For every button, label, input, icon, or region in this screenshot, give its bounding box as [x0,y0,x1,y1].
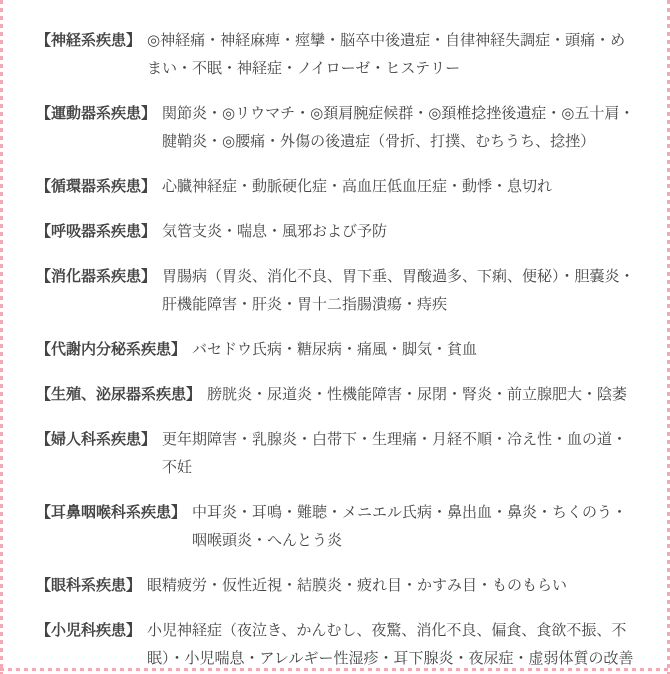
disease-list: 眼精疲労・仮性近視・結膜炎・疲れ目・かすみ目・ものもらい [147,571,636,599]
category-label: 【代謝内分秘系疾患】 [36,335,192,363]
disease-section-ent: 【耳鼻咽喉科系疾患】 中耳炎・耳鳴・難聴・メニエル氏病・鼻出血・鼻炎・ちくのう・… [36,498,636,554]
disease-section-circulatory: 【循環器系疾患】 心臓神経症・動脈硬化症・高血圧低血圧症・動悸・息切れ [36,172,636,200]
disease-list: 更年期障害・乳腺炎・白帯下・生理痛・月経不順・冷え性・血の道・不妊 [162,425,636,481]
disease-section-reproductive-urinary: 【生殖、泌尿器系疾患】 膀胱炎・尿道炎・性機能障害・尿閉・腎炎・前立腺肥大・陰萎 [36,380,636,408]
category-label: 【消化器系疾患】 [36,262,162,290]
disease-section-ophthalmology: 【眼科系疾患】 眼精疲労・仮性近視・結膜炎・疲れ目・かすみ目・ものもらい [36,571,636,599]
disease-section-gynecological: 【婦人科系疾患】 更年期障害・乳腺炎・白帯下・生理痛・月経不順・冷え性・血の道・… [36,425,636,481]
disease-section-digestive: 【消化器系疾患】 胃腸病（胃炎、消化不良、胃下垂、胃酸過多、下痢、便秘）・胆嚢炎… [36,262,636,318]
category-label: 【眼科系疾患】 [36,571,147,599]
disease-list: 関節炎・◎リウマチ・◎頚肩腕症候群・◎頚椎捻挫後遺症・◎五十肩・腱鞘炎・◎腰痛・… [162,99,636,155]
disease-list: 心臓神経症・動脈硬化症・高血圧低血圧症・動悸・息切れ [162,172,636,200]
dashed-border-left [0,0,3,674]
disease-section-musculoskeletal: 【運動器系疾患】 関節炎・◎リウマチ・◎頚肩腕症候群・◎頚椎捻挫後遺症・◎五十肩… [36,99,636,155]
category-label: 【循環器系疾患】 [36,172,162,200]
disease-list: ◎神経痛・神経麻痺・痙攣・脳卒中後遺症・自律神経失調症・頭痛・めまい・不眠・神経… [147,26,636,82]
category-label: 【婦人科系疾患】 [36,425,162,453]
category-label: 【耳鼻咽喉科系疾患】 [36,498,192,526]
category-label: 【生殖、泌尿器系疾患】 [36,380,207,408]
disease-section-metabolic-endocrine: 【代謝内分秘系疾患】 バセドウ氏病・糖尿病・痛風・脚気・貧血 [36,335,636,363]
disease-list: 気管支炎・喘息・風邪および予防 [162,217,636,245]
disease-list: 中耳炎・耳鳴・難聴・メニエル氏病・鼻出血・鼻炎・ちくのう・咽喉頭炎・へんとう炎 [192,498,636,554]
disease-section-respiratory: 【呼吸器系疾患】 気管支炎・喘息・風邪および予防 [36,217,636,245]
disease-section-pediatric: 【小児科疾患】 小児神経症（夜泣き、かんむし、夜驚、消化不良、偏食、食欲不振、不… [36,616,636,672]
disease-list: 小児神経症（夜泣き、かんむし、夜驚、消化不良、偏食、食欲不振、不眠）・小児喘息・… [147,616,636,672]
disease-section-neurological: 【神経系疾患】 ◎神経痛・神経麻痺・痙攣・脳卒中後遺症・自律神経失調症・頭痛・め… [36,26,636,82]
disease-list: 胃腸病（胃炎、消化不良、胃下垂、胃酸過多、下痢、便秘）・胆嚢炎・肝機能障害・肝炎… [162,262,636,318]
category-label: 【小児科疾患】 [36,616,147,644]
category-label: 【神経系疾患】 [36,26,147,54]
diseases-panel: 【神経系疾患】 ◎神経痛・神経麻痺・痙攣・脳卒中後遺症・自律神経失調症・頭痛・め… [0,0,670,674]
disease-list-container: 【神経系疾患】 ◎神経痛・神経麻痺・痙攣・脳卒中後遺症・自律神経失調症・頭痛・め… [36,26,636,672]
disease-list: バセドウ氏病・糖尿病・痛風・脚気・貧血 [192,335,636,363]
category-label: 【運動器系疾患】 [36,99,162,127]
category-label: 【呼吸器系疾患】 [36,217,162,245]
disease-list: 膀胱炎・尿道炎・性機能障害・尿閉・腎炎・前立腺肥大・陰萎 [207,380,636,408]
